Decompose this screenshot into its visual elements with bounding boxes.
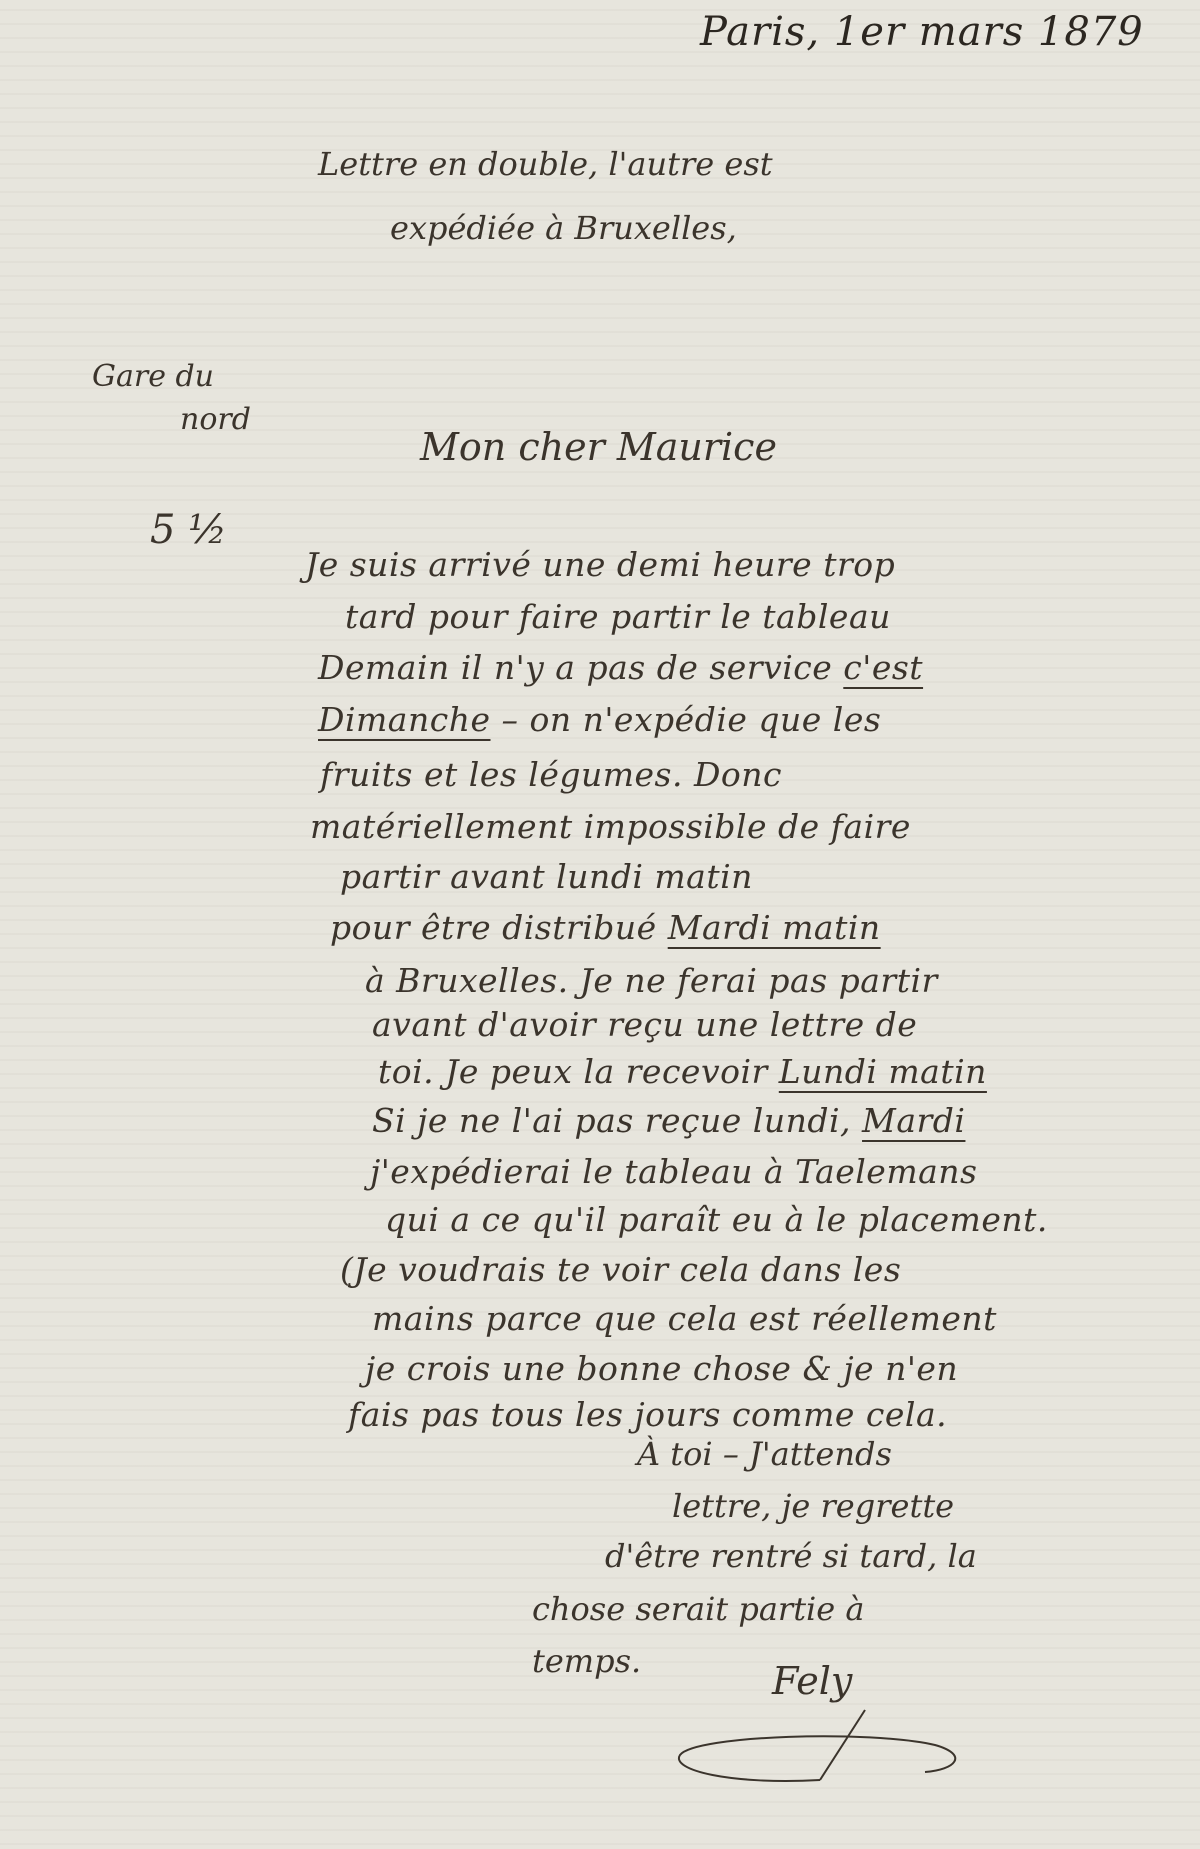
body-line: mains parce que cela est réellement xyxy=(372,1302,997,1335)
body-line: tard pour faire partir le tableau xyxy=(345,600,891,633)
signature: Fely xyxy=(772,1662,852,1700)
body-line: Je suis arrivé une demi heure trop xyxy=(305,548,895,581)
body-line: qui a ce qu'il paraît eu à le placement. xyxy=(385,1203,1048,1236)
body-line: je crois une bonne chose & je n'en xyxy=(365,1352,958,1385)
closing-line: À toi – J'attends xyxy=(637,1438,892,1470)
body-line: à Bruxelles. Je ne ferai pas partir xyxy=(365,964,938,997)
body-line: partir avant lundi matin xyxy=(340,860,753,893)
body-line: (Je voudrais te voir cela dans les xyxy=(340,1253,901,1286)
underlined-word: Dimanche xyxy=(318,700,491,739)
underlined-word: Lundi matin xyxy=(779,1052,987,1091)
body-line: fais pas tous les jours comme cela. xyxy=(348,1398,947,1431)
closing-line: temps. xyxy=(532,1645,641,1677)
body-line: j'expédierai le tableau à Taelemans xyxy=(370,1155,978,1188)
body-line: avant d'avoir reçu une lettre de xyxy=(372,1008,917,1041)
letter-page: Paris, 1er mars 1879 Lettre en double, l… xyxy=(0,0,1200,1849)
salutation: Mon cher Maurice xyxy=(420,428,777,466)
margin-note-location-line-1: Gare du xyxy=(92,362,214,392)
header-note-line-2: expédiée à Bruxelles, xyxy=(390,212,737,244)
signature-flourish-icon xyxy=(670,1700,970,1790)
margin-note-time: 5 ½ xyxy=(150,510,227,550)
dateline: Paris, 1er mars 1879 xyxy=(700,12,1144,52)
closing-line: chose serait partie à xyxy=(532,1593,864,1625)
underlined-word: c'est xyxy=(843,648,923,687)
body-line: matériellement impossible de faire xyxy=(310,810,911,843)
closing-line: d'être rentré si tard, la xyxy=(605,1540,977,1572)
underlined-word: Mardi xyxy=(862,1101,965,1140)
body-line: toi. Je peux la recevoir Lundi matin xyxy=(378,1055,987,1088)
body-line: Dimanche – on n'expédie que les xyxy=(318,703,881,736)
underlined-word: Mardi matin xyxy=(668,908,881,947)
margin-note-location-line-2: nord xyxy=(180,405,251,435)
header-note-line-1: Lettre en double, l'autre est xyxy=(318,148,773,180)
body-line: Si je ne l'ai pas reçue lundi, Mardi xyxy=(372,1104,965,1137)
body-line: fruits et les légumes. Donc xyxy=(320,758,782,791)
closing-line: lettre, je regrette xyxy=(672,1490,954,1522)
body-line: pour être distribué Mardi matin xyxy=(330,911,881,944)
body-line: Demain il n'y a pas de service c'est xyxy=(318,651,923,684)
